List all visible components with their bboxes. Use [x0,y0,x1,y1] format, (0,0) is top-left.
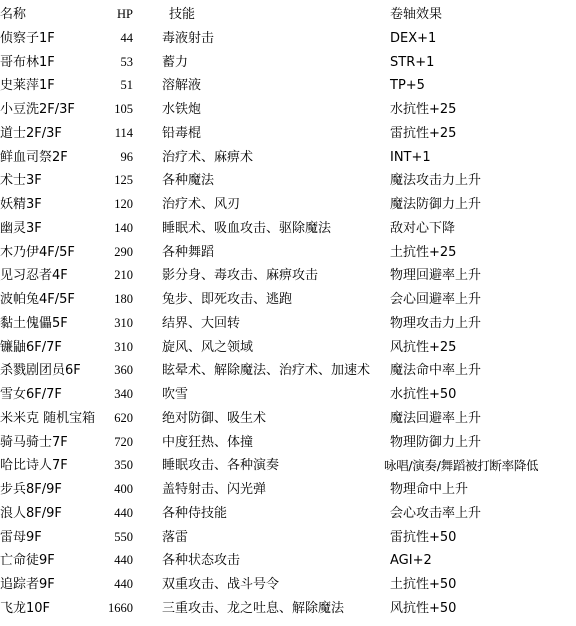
monster-name: 雷母9F [0,526,42,550]
table-row: 哈比诗人7F 350 睡眠攻击、各种演奏 咏唱/演奏/舞蹈被打断率降低 [0,454,576,478]
scroll-effect: 水抗性+25 [390,98,456,122]
monster-name: 飞龙10F [0,597,50,621]
monster-hp: 114 [80,122,133,146]
monster-skill: 旋风、风之领域 [162,336,253,360]
monster-hp: 400 [80,478,133,502]
monster-name: 浪人8F/9F [0,502,62,526]
monster-skill: 各种侍技能 [162,502,227,526]
header-name: 名称 [0,3,26,27]
monster-skill: 影分身、毒攻击、麻痹攻击 [162,264,318,288]
table-body: 侦察子1F 44 毒液射击 DEX+1 哥布林1F 53 蓄力 STR+1 史莱… [0,27,576,621]
monster-name: 杀戮剧团员6F [0,359,81,383]
table-row: 雷母9F 550 落雷 雷抗性+50 [0,526,576,550]
monster-name: 幽灵3F [0,217,42,241]
monster-skill: 各种舞蹈 [162,241,214,265]
monster-hp: 620 [80,407,133,431]
monster-name: 哈比诗人7F [0,454,68,478]
scroll-effect: 咏唱/演奏/舞蹈被打断率降低 [384,454,538,478]
table-row: 侦察子1F 44 毒液射击 DEX+1 [0,27,576,51]
table-row: 道士2F/3F 114 铅毒棍 雷抗性+25 [0,122,576,146]
table-row: 浪人8F/9F 440 各种侍技能 会心攻击率上升 [0,502,576,526]
monster-skill: 吹雪 [162,383,188,407]
monster-hp: 350 [80,454,133,478]
scroll-effect: AGI+2 [390,549,432,573]
monster-skill: 各种状态攻击 [162,549,240,573]
scroll-effect: 物理攻击力上升 [390,312,481,336]
scroll-effect: 风抗性+25 [390,336,456,360]
monster-hp: 180 [80,288,133,312]
scroll-effect: 物理回避率上升 [390,264,481,288]
monster-name: 骑马骑士7F [0,431,68,455]
scroll-effect: 物理防御力上升 [390,431,481,455]
table-row: 哥布林1F 53 蓄力 STR+1 [0,51,576,75]
header-effect: 卷轴效果 [390,3,442,27]
monster-skill: 落雷 [162,526,188,550]
table-row: 雪女6F/7F 340 吹雪 水抗性+50 [0,383,576,407]
table-row: 追踪者9F 440 双重攻击、战斗号令 土抗性+50 [0,573,576,597]
scroll-effect: 土抗性+25 [390,241,456,265]
table-row: 骑马骑士7F 720 中度狂热、体撞 物理防御力上升 [0,431,576,455]
table-row: 杀戮剧团员6F 360 眩晕术、解除魔法、治疗术、加速术 魔法命中率上升 [0,359,576,383]
monster-skill: 治疗术、麻痹术 [162,146,253,170]
scroll-effect: TP+5 [390,74,425,98]
scroll-effect: 雷抗性+25 [390,122,456,146]
monster-name: 妖精3F [0,193,42,217]
monster-hp: 440 [80,502,133,526]
scroll-effect: 风抗性+50 [390,597,456,621]
header-skill: 技能 [169,3,195,27]
monster-skill: 眩晕术、解除魔法、治疗术、加速术 [162,359,370,383]
monster-hp: 53 [80,51,133,75]
monster-skill: 毒液射击 [162,27,214,51]
monster-hp: 120 [80,193,133,217]
table-row: 米米克 随机宝箱 620 绝对防御、吸生术 魔法回避率上升 [0,407,576,431]
table-row: 波帕兔4F/5F 180 兔步、即死攻击、逃跑 会心回避率上升 [0,288,576,312]
monster-name: 步兵8F/9F [0,478,62,502]
monster-name: 追踪者9F [0,573,55,597]
monster-hp: 310 [80,312,133,336]
scroll-effect: 魔法命中率上升 [390,359,481,383]
monster-skill: 各种魔法 [162,169,214,193]
monster-name: 术士3F [0,169,42,193]
monster-hp: 360 [80,359,133,383]
monster-skill: 水铁炮 [162,98,201,122]
table-row: 木乃伊4F/5F 290 各种舞蹈 土抗性+25 [0,241,576,265]
monster-skill: 三重攻击、龙之吐息、解除魔法 [162,597,344,621]
monster-skill: 铅毒棍 [162,122,201,146]
monster-skill: 绝对防御、吸生术 [162,407,266,431]
scroll-effect: 敌对心下降 [390,217,455,241]
monster-skill: 盖特射击、闪光弹 [162,478,266,502]
table-row: 鲜血司祭2F 96 治疗术、麻痹术 INT+1 [0,146,576,170]
monster-name: 侦察子1F [0,27,55,51]
header-hp: HP [80,3,133,27]
scroll-effect: 土抗性+50 [390,573,456,597]
monster-name: 镰鼬6F/7F [0,336,62,360]
scroll-effect: INT+1 [390,146,431,170]
monster-hp: 440 [80,549,133,573]
monster-hp: 440 [80,573,133,597]
table-row: 幽灵3F 140 睡眠术、吸血攻击、驱除魔法 敌对心下降 [0,217,576,241]
monster-skill: 蓄力 [162,51,188,75]
scroll-effect: 雷抗性+50 [390,526,456,550]
table-row: 小豆洗2F/3F 105 水铁炮 水抗性+25 [0,98,576,122]
monster-name: 见习忍者4F [0,264,68,288]
monster-skill: 睡眠术、吸血攻击、驱除魔法 [162,217,331,241]
monster-name: 木乃伊4F/5F [0,241,75,265]
scroll-effect: 魔法回避率上升 [390,407,481,431]
table-row: 镰鼬6F/7F 310 旋风、风之领域 风抗性+25 [0,336,576,360]
monster-hp: 310 [80,336,133,360]
monster-hp: 210 [80,264,133,288]
monster-hp: 720 [80,431,133,455]
monster-name: 鲜血司祭2F [0,146,68,170]
scroll-effect: 魔法攻击力上升 [390,169,481,193]
monster-name: 黏土傀儡5F [0,312,68,336]
table-row: 亡命徒9F 440 各种状态攻击 AGI+2 [0,549,576,573]
monster-skill: 兔步、即死攻击、逃跑 [162,288,292,312]
monster-skill: 中度狂热、体撞 [162,431,253,455]
table-row: 史莱萍1F 51 溶解液 TP+5 [0,74,576,98]
monster-name: 雪女6F/7F [0,383,62,407]
table-row: 见习忍者4F 210 影分身、毒攻击、麻痹攻击 物理回避率上升 [0,264,576,288]
monster-hp: 550 [80,526,133,550]
table-header-row: 名称 HP 技能 卷轴效果 [0,3,576,27]
table-row: 术士3F 125 各种魔法 魔法攻击力上升 [0,169,576,193]
scroll-effect: 魔法防御力上升 [390,193,481,217]
scroll-effect: 会心攻击率上升 [390,502,481,526]
scroll-effect: 会心回避率上升 [390,288,481,312]
scroll-effect: 物理命中上升 [390,478,468,502]
monster-name: 哥布林1F [0,51,55,75]
scroll-effect: STR+1 [390,51,434,75]
monster-hp: 44 [80,27,133,51]
monster-name: 亡命徒9F [0,549,55,573]
monster-hp: 105 [80,98,133,122]
monster-skill: 结界、大回转 [162,312,240,336]
table-row: 飞龙10F 1660 三重攻击、龙之吐息、解除魔法 风抗性+50 [0,597,576,621]
table-row: 妖精3F 120 治疗术、风刃 魔法防御力上升 [0,193,576,217]
monster-hp: 96 [80,146,133,170]
scroll-effect: DEX+1 [390,27,436,51]
monster-skill: 双重攻击、战斗号令 [162,573,279,597]
monster-name: 史莱萍1F [0,74,55,98]
monster-hp: 140 [80,217,133,241]
monster-name: 波帕兔4F/5F [0,288,75,312]
monster-name: 小豆洗2F/3F [0,98,75,122]
table-row: 步兵8F/9F 400 盖特射击、闪光弹 物理命中上升 [0,478,576,502]
monster-scroll-table: 名称 HP 技能 卷轴效果 侦察子1F 44 毒液射击 DEX+1 哥布林1F … [0,3,576,621]
monster-hp: 340 [80,383,133,407]
monster-hp: 1660 [80,597,133,621]
monster-hp: 125 [80,169,133,193]
scroll-effect: 水抗性+50 [390,383,456,407]
monster-skill: 睡眠攻击、各种演奏 [162,454,279,478]
table-row: 黏土傀儡5F 310 结界、大回转 物理攻击力上升 [0,312,576,336]
monster-name: 道士2F/3F [0,122,62,146]
monster-hp: 290 [80,241,133,265]
monster-skill: 治疗术、风刃 [162,193,240,217]
monster-skill: 溶解液 [162,74,201,98]
monster-hp: 51 [80,74,133,98]
